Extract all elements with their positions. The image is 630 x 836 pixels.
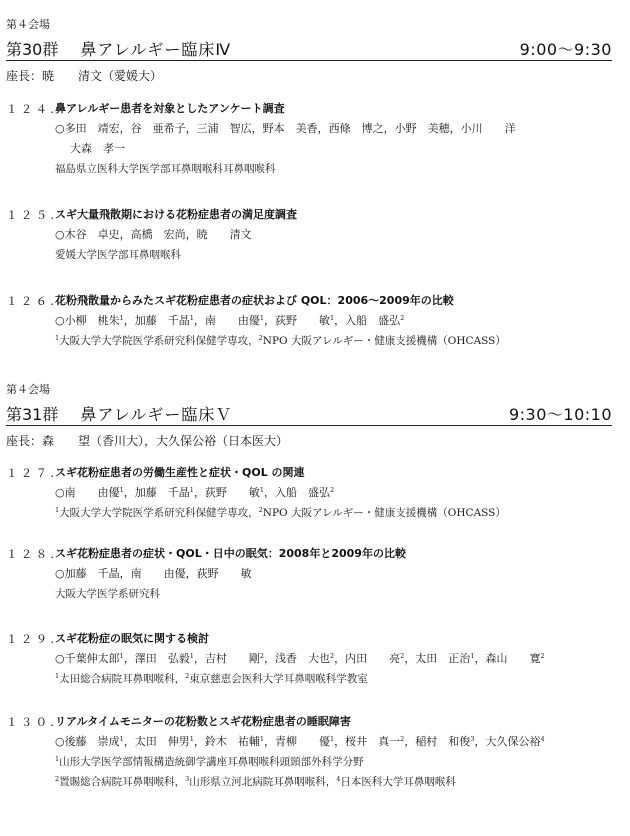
affiliation-index: 1 (120, 735, 124, 743)
paper-title: 鼻アレルギー患者を対象としたアンケート調査 (55, 99, 285, 119)
affiliation-name: 太田総合病院耳鼻咽喉科 (59, 673, 175, 685)
author-name: 稲村 和俊 (415, 735, 470, 748)
paper-number: １２５. (6, 205, 57, 225)
author-name: 森山 寛 (485, 652, 540, 665)
affiliation-index: 1 (120, 486, 124, 494)
author-line: ○木谷 卓史，高橋 宏尚，暁 清文 (55, 225, 630, 245)
affiliation-line: 愛媛大学医学部耳鼻咽喉科 (55, 245, 630, 265)
affiliation-name: NPO 大阪アレルギー・健康支援機構（OHCASS） (263, 335, 506, 347)
chair-names: 暁 清文（愛媛大） (42, 69, 162, 83)
affiliation-index: 2 (400, 652, 404, 660)
chair-label: 座長： (6, 69, 42, 83)
author-name: 荻野 敏 (275, 314, 330, 327)
affiliation-index: 1 (330, 314, 334, 322)
author-name: 加藤 千晶 (135, 314, 190, 327)
paper-number: １２７. (6, 463, 57, 483)
session-title: 鼻アレルギー臨床Ⅳ (80, 40, 231, 60)
paper-126: １２６. 花粉飛散量からみたスギ花粉症患者の症状および QOL：2006〜200… (0, 291, 630, 351)
author-line: ○多田 靖宏，谷 亜希子，三浦 智広，野本 美香，西條 博之，小野 美穂，小川 … (55, 119, 630, 139)
affiliation-index: 2 (260, 652, 264, 660)
author-line: ○小柳 桃朱1，加藤 千晶1，南 由優1，荻野 敏1，入船 盛弘2 (55, 311, 630, 331)
affiliation-name: 置賜総合病院耳鼻咽喉科 (59, 776, 175, 788)
paper-number: １２６. (6, 291, 57, 311)
paper-title: スギ花粉症患者の労働生産性と症状・QOL の関連 (55, 463, 305, 483)
affiliation-line: 大阪大学医学系研究科 (55, 584, 630, 604)
paper-130: １３０. リアルタイムモニターの花粉数とスギ花粉症患者の睡眠障害 ○後藤 崇成1… (0, 712, 630, 792)
session-number: 第31群 (6, 405, 58, 425)
paper-title: リアルタイムモニターの花粉数とスギ花粉症患者の睡眠障害 (55, 712, 351, 732)
affiliation-index: 4 (540, 735, 544, 743)
author-name: 鈴木 祐輔 (205, 735, 260, 748)
affiliation-index: 1 (260, 486, 264, 494)
affiliation-index: 1 (260, 314, 264, 322)
paper-127: １２７. スギ花粉症患者の労働生産性と症状・QOL の関連 ○南 由優1，加藤 … (0, 463, 630, 523)
paper-128: １２８. スギ花粉症患者の症状・QOL・日中の眠気：2008年と2009年の比較… (0, 544, 630, 604)
affiliation-line: 1大阪大学大学院医学系研究科保健学専攻，2NPO 大阪アレルギー・健康支援機構（… (55, 503, 630, 523)
author-line: ○後藤 崇成1，太田 伸男1，鈴木 祐輔1，青柳 優1，桜井 真一2，稲村 和俊… (55, 732, 630, 752)
affiliation-index: 2 (400, 314, 404, 322)
session-time: 9:30〜10:10 (509, 405, 612, 425)
affiliation-name: 日本医科大学耳鼻咽喉科 (340, 776, 456, 788)
author-name: 吉村 剛 (205, 652, 260, 665)
affiliation-index: 3 (470, 735, 474, 743)
affiliation-index: 1 (260, 735, 264, 743)
affiliation-index: 1 (190, 735, 194, 743)
author-name: ○小柳 桃朱 (55, 314, 120, 327)
author-line: 大森 孝一 (70, 139, 630, 159)
chair-label: 座長： (6, 434, 42, 448)
affiliation-index: 1 (470, 652, 474, 660)
affiliation-line: 2置賜総合病院耳鼻咽喉科，3山形県立河北病院耳鼻咽喉科，4日本医科大学耳鼻咽喉科 (55, 772, 630, 792)
affiliation-index: 2 (330, 486, 334, 494)
affiliation-name: 山形県立河北病院耳鼻咽喉科 (189, 776, 326, 788)
author-name: 青柳 優 (275, 735, 330, 748)
author-name: 澤田 弘毅 (135, 652, 190, 665)
paper-number: １２４. (6, 99, 57, 119)
session-number: 第30群 (6, 40, 58, 60)
session-header: 第30群 鼻アレルギー臨床Ⅳ 9:00〜9:30 (6, 36, 612, 61)
session-title: 鼻アレルギー臨床Ｖ (80, 405, 232, 425)
affiliation-index: 1 (190, 314, 194, 322)
paper-title: 花粉飛散量からみたスギ花粉症患者の症状および QOL：2006〜2009年の比較 (55, 291, 454, 311)
affiliation-index: 1 (330, 735, 334, 743)
author-line: ○南 由優1，加藤 千晶1，荻野 敏1，入船 盛弘2 (55, 483, 630, 503)
author-name: 加藤 千晶 (135, 486, 190, 499)
author-name: 桜井 真一 (345, 735, 400, 748)
affiliation-index: 1 (120, 314, 124, 322)
paper-number: １２９. (6, 629, 57, 649)
affiliation-index: 1 (120, 652, 124, 660)
author-line: ○加藤 千晶，南 由優，荻野 敏 (55, 564, 630, 584)
author-name: 荻野 敏 (205, 486, 260, 499)
paper-number: １２８. (6, 544, 57, 564)
affiliation-index: 2 (330, 652, 334, 660)
affiliation-line: 1山形大学医学部情報構造統御学講座耳鼻咽喉科頭頸部外科学分野 (55, 752, 630, 772)
author-name: ○千葉伸太郎 (55, 652, 120, 665)
affiliation-name: NPO 大阪アレルギー・健康支援機構（OHCASS） (263, 507, 506, 519)
author-name: 浅香 大也 (275, 652, 330, 665)
author-name: 大久保公裕 (485, 735, 540, 748)
affiliation-name: 山形大学医学部情報構造統御学講座耳鼻咽喉科頭頸部外科学分野 (59, 756, 364, 768)
paper-number: １３０. (6, 712, 57, 732)
affiliation-line: 1太田総合病院耳鼻咽喉科，2東京慈恵会医科大学耳鼻咽喉科学教室 (55, 669, 630, 689)
paper-title: スギ大量飛散期における花粉症患者の満足度調査 (55, 205, 297, 225)
session-header: 第31群 鼻アレルギー臨床Ｖ 9:30〜10:10 (6, 401, 612, 426)
author-name: 入船 盛弘 (345, 314, 400, 327)
paper-title: スギ花粉症患者の症状・QOL・日中の眠気：2008年と2009年の比較 (55, 544, 406, 564)
session-time: 9:00〜9:30 (520, 40, 612, 60)
affiliation-name: 東京慈恵会医科大学耳鼻咽喉科学教室 (189, 673, 368, 685)
paper-129: １２９. スギ花粉症の眠気に関する検討 ○千葉伸太郎1，澤田 弘毅1，吉村 剛2… (0, 629, 630, 689)
author-name: 内田 亮 (345, 652, 400, 665)
affiliation-name: 大阪大学大学院医学系研究科保健学専攻 (59, 335, 248, 347)
author-name: 南 由優 (205, 314, 260, 327)
paper-125: １２５. スギ大量飛散期における花粉症患者の満足度調査 ○木谷 卓史，高橋 宏尚… (0, 205, 630, 265)
affiliation-index: 2 (400, 735, 404, 743)
affiliation-index: 1 (190, 652, 194, 660)
affiliation-line: 福島県立医科大学医学部耳鼻咽喉科耳鼻咽喉科 (55, 159, 630, 179)
venue-label: 第４会場 (6, 18, 50, 32)
author-line: ○千葉伸太郎1，澤田 弘毅1，吉村 剛2，浅香 大也2，内田 亮2，太田 正治1… (55, 649, 630, 669)
affiliation-index: 2 (540, 652, 544, 660)
affiliation-line: 1大阪大学大学院医学系研究科保健学専攻，2NPO 大阪アレルギー・健康支援機構（… (55, 331, 630, 351)
chair-names: 森 望（香川大），大久保公裕（日本医大） (42, 434, 288, 448)
venue-label: 第４会場 (6, 383, 50, 397)
session-chair: 座長：森 望（香川大），大久保公裕（日本医大） (6, 433, 288, 449)
affiliation-index: 1 (190, 486, 194, 494)
author-name: ○後藤 崇成 (55, 735, 120, 748)
paper-title: スギ花粉症の眠気に関する検討 (55, 629, 209, 649)
author-name: 太田 正治 (415, 652, 470, 665)
author-name: 太田 伸男 (135, 735, 190, 748)
author-name: 入船 盛弘 (275, 486, 330, 499)
affiliation-name: 大阪大学大学院医学系研究科保健学専攻 (59, 507, 248, 519)
author-name: ○南 由優 (55, 486, 120, 499)
paper-124: １２４. 鼻アレルギー患者を対象としたアンケート調査 ○多田 靖宏，谷 亜希子，… (0, 99, 630, 179)
session-chair: 座長：暁 清文（愛媛大） (6, 68, 162, 84)
